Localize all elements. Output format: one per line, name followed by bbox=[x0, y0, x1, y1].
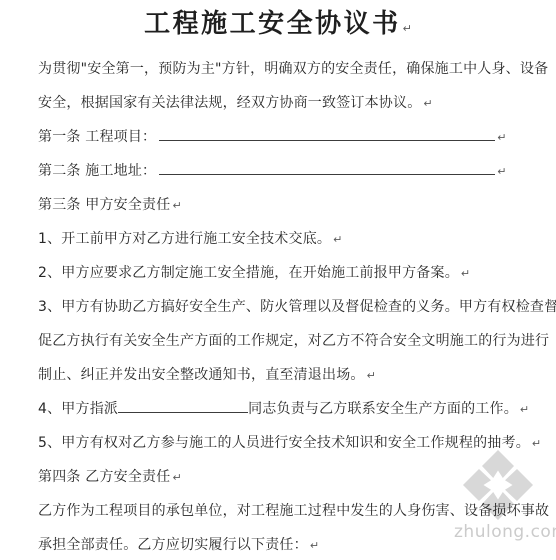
liability-line-2: 承担全部责任。乙方应切实履行以下责任：↵ bbox=[38, 528, 538, 560]
paragraph-mark: ↵ bbox=[532, 437, 541, 450]
liability-text-1: 乙方作为工程项目的承包单位，对工程施工过程中发生的人身伤害、设备损坏事故 bbox=[38, 503, 549, 519]
paragraph-mark: ↵ bbox=[367, 369, 376, 382]
paragraph-mark: ↵ bbox=[497, 131, 506, 144]
item-3-line-3: 制止、纠正并发出安全整改通知书，直至清退出场。↵ bbox=[38, 358, 538, 392]
item-3-text-1: 3、甲方有协助乙方搞好安全生产、防火管理以及督促检查的义务。甲方有权检查督 bbox=[38, 299, 556, 315]
paragraph-mark: ↵ bbox=[403, 22, 412, 35]
item-2-line: 2、甲方应要求乙方制定施工安全措施，在开始施工前报甲方备案。↵ bbox=[38, 256, 538, 290]
paragraph-mark: ↵ bbox=[423, 97, 432, 110]
item-3-line-2: 促乙方执行有关安全生产方面的工作规定，对乙方不符合安全文明施工的行为进行 bbox=[38, 324, 538, 358]
title-row: 工程施工安全协议书↵ bbox=[0, 3, 556, 40]
intro-text-1: 为贯彻"安全第一，预防为主"方针，明确双方的安全责任，确保施工中人身、设备 bbox=[38, 61, 548, 77]
item-3-text-2: 促乙方执行有关安全生产方面的工作规定，对乙方不符合安全文明施工的行为进行 bbox=[38, 333, 549, 349]
assignee-name-blank-line bbox=[118, 397, 248, 413]
article-2-label: 第二条 施工地址： bbox=[38, 163, 156, 179]
paragraph-mark: ↵ bbox=[172, 471, 181, 484]
article-4-heading-text: 第四条 乙方安全责任 bbox=[38, 469, 170, 485]
item-3-text-3: 制止、纠正并发出安全整改通知书，直至清退出场。 bbox=[38, 367, 365, 383]
article-3-heading: 第三条 甲方安全责任↵ bbox=[38, 188, 538, 222]
article-1-line: 第一条 工程项目：↵ bbox=[38, 120, 538, 154]
site-address-blank-line bbox=[159, 159, 495, 175]
intro-line-1: 为贯彻"安全第一，预防为主"方针，明确双方的安全责任，确保施工中人身、设备 bbox=[38, 52, 538, 86]
article-3-heading-text: 第三条 甲方安全责任 bbox=[38, 197, 170, 213]
article-4-heading: 第四条 乙方安全责任↵ bbox=[38, 460, 538, 494]
paragraph-mark: ↵ bbox=[520, 403, 529, 416]
item-4-prefix: 4、甲方指派 bbox=[38, 401, 118, 417]
intro-line-2: 安全，根据国家有关法律法规，经双方协商一致签订本协议。↵ bbox=[38, 86, 538, 120]
intro-text-2: 安全，根据国家有关法律法规，经双方协商一致签订本协议。 bbox=[38, 95, 421, 111]
document-page: zhulong.com 工程施工安全协议书↵ 为贯彻"安全第一，预防为主"方针，… bbox=[0, 0, 556, 560]
item-2-text: 2、甲方应要求乙方制定施工安全措施，在开始施工前报甲方备案。 bbox=[38, 265, 459, 281]
item-4-suffix: 同志负责与乙方联系安全生产方面的工作。 bbox=[248, 401, 518, 417]
paragraph-mark: ↵ bbox=[172, 199, 181, 212]
paragraph-mark: ↵ bbox=[310, 539, 319, 552]
item-4-line: 4、甲方指派同志负责与乙方联系安全生产方面的工作。↵ bbox=[38, 392, 538, 426]
liability-text-2: 承担全部责任。乙方应切实履行以下责任： bbox=[38, 537, 308, 553]
item-1-text: 1、开工前甲方对乙方进行施工安全技术交底。 bbox=[38, 231, 331, 247]
article-2-line: 第二条 施工地址：↵ bbox=[38, 154, 538, 188]
item-3-line-1: 3、甲方有协助乙方搞好安全生产、防火管理以及督促检查的义务。甲方有权检查督 bbox=[38, 290, 538, 324]
paragraph-mark: ↵ bbox=[333, 233, 342, 246]
liability-line-1: 乙方作为工程项目的承包单位，对工程施工过程中发生的人身伤害、设备损坏事故 bbox=[38, 494, 538, 528]
project-name-blank-line bbox=[159, 125, 495, 141]
paragraph-mark: ↵ bbox=[461, 267, 470, 280]
item-5-line: 5、甲方有权对乙方参与施工的人员进行安全技术知识和安全工作规程的抽考。↵ bbox=[38, 426, 538, 460]
document-title: 工程施工安全协议书 bbox=[144, 9, 401, 39]
article-1-label: 第一条 工程项目： bbox=[38, 129, 156, 145]
item-1-line: 1、开工前甲方对乙方进行施工安全技术交底。↵ bbox=[38, 222, 538, 256]
item-5-text: 5、甲方有权对乙方参与施工的人员进行安全技术知识和安全工作规程的抽考。 bbox=[38, 435, 530, 451]
document-body: 为贯彻"安全第一，预防为主"方针，明确双方的安全责任，确保施工中人身、设备 安全… bbox=[38, 52, 538, 560]
paragraph-mark: ↵ bbox=[497, 165, 506, 178]
